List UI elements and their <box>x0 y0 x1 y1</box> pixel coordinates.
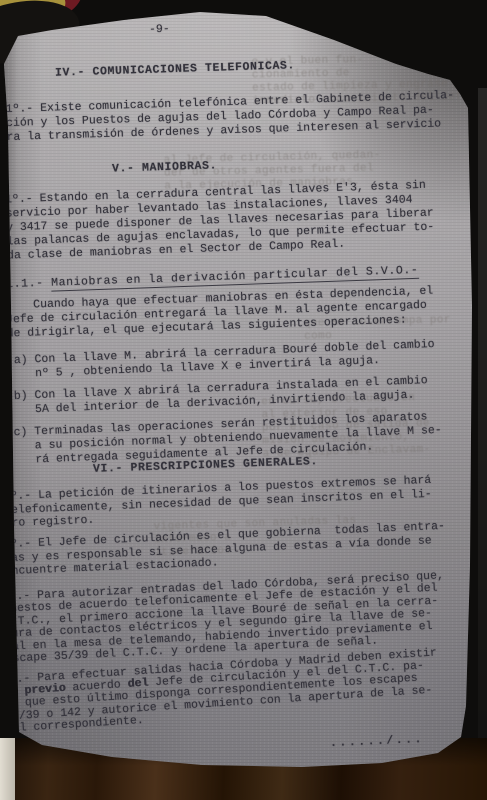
continuation-mark: ....../... <box>330 733 424 750</box>
page-stack-fore-edge <box>478 88 487 738</box>
scanned-document-photo: o y el buen fun-cionamiento deestado de … <box>0 0 487 800</box>
paragraph: 1º.- Existe comunicación telefónica entr… <box>5 89 455 144</box>
subsection-number: 1.1.- <box>6 277 51 292</box>
document-page: o y el buen fun-cionamiento deestado de … <box>4 6 482 769</box>
paragraph: 2º.- El Jefe de circulación es el que go… <box>3 520 446 579</box>
page-number: -9- <box>149 23 170 37</box>
paragraph: 1º.- Estando en la cerradura central las… <box>5 179 435 264</box>
underlying-page-edge <box>0 738 15 800</box>
